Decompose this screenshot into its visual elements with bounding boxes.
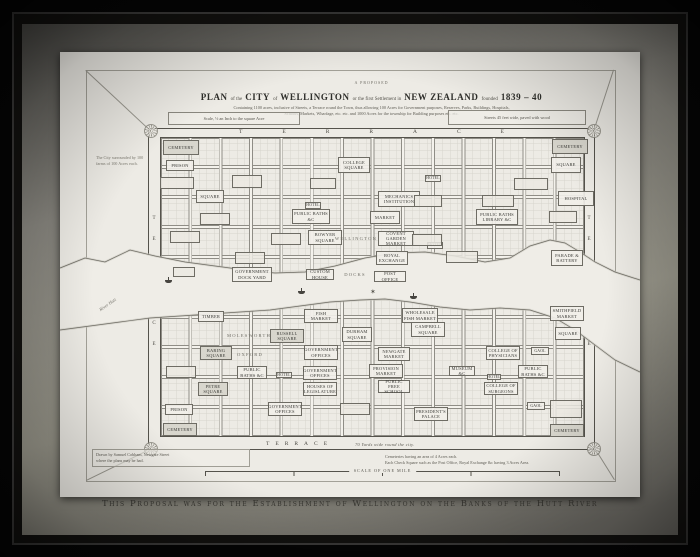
map-block: GOVERNMENT OFFICES (304, 345, 338, 360)
map-block: COLLEGE OF PHYSICIANS (486, 346, 520, 360)
photo-caption: This Proposal was for the Establishment … (0, 499, 700, 509)
plan-title: PLANof theCITYofWELLINGTONor the first S… (148, 87, 595, 105)
map-block-plain (514, 178, 548, 190)
map-block: PRISON (165, 404, 193, 415)
map-block: BARING SQUARE (200, 346, 232, 360)
map-block: HOUSES OF LEGISLATURE (303, 382, 337, 396)
map-block: MARKET (370, 211, 400, 224)
cemetery-note-line2: Each Check Square such as the Post Offic… (385, 460, 600, 466)
photograph-of-plan: A PROPOSED PLANof theCITYofWELLINGTONor … (0, 0, 700, 557)
map-block: CEMETERY (550, 424, 584, 437)
map-block: MUSEUM &c (449, 366, 475, 376)
map-block-plain (340, 403, 370, 415)
corner-fan-ornament (144, 124, 158, 138)
map-block: HOTEL (487, 374, 501, 380)
map-block: CEMETERY (163, 140, 199, 155)
map-block: NEWGATE MARKET (378, 347, 410, 361)
map-block: PUBLIC BATHS &c (237, 366, 267, 379)
map-block: HOSPITAL (558, 191, 594, 206)
map-block: HOTEL (305, 202, 321, 209)
map-block: COVENT GARDEN MARKET (378, 231, 414, 246)
map-block: OXFORD (238, 351, 262, 359)
map-block-plain (414, 195, 442, 207)
map-block: CEMETERY (163, 423, 197, 436)
drawn-by-note: Drawn by Samuel Cobham, Newgate Street w… (92, 449, 250, 467)
ship-icon (410, 296, 417, 299)
map-block-plain (550, 400, 582, 418)
map-block: GAOL (527, 402, 545, 410)
map-block-plain (310, 178, 336, 189)
compass-icon: ✶ (370, 289, 376, 296)
map-block: TIMBER (198, 311, 224, 322)
plan-title-segment: CITY (245, 92, 270, 102)
map-block: CEMETERY (552, 139, 588, 154)
map-block: CAMPBELL SQUARE (411, 322, 445, 337)
map-block: RUSSELL SQUARE (270, 329, 304, 343)
map-block-plain (446, 251, 478, 263)
map-block: GOVERNMENT OFFICES (303, 366, 337, 380)
plan-title-segment: founded (481, 97, 497, 102)
map-block-plain (173, 267, 195, 277)
map-block: GOVERNMENT DOCK YARD (232, 267, 272, 282)
map-block: COLLEGE SQUARE (338, 157, 370, 173)
map-block: FISH MARKET (304, 309, 338, 323)
plan-title-segment: of the (231, 97, 243, 102)
plan-title-segment: 1839 – 40 (501, 92, 542, 102)
city-margin-note: The City surrounded by 100 farms of 100 … (96, 155, 158, 167)
map-block: PUBLIC BATHS LIBRARY &c (476, 209, 518, 225)
map-block: MOLESWORTH (229, 331, 269, 340)
map-block: SQUARE (551, 157, 581, 173)
drawn-by-note-line2: where the plans may be had. (96, 458, 246, 464)
corner-fan-ornament (587, 124, 601, 138)
scale-bar: SCALE OF ONE MILE (205, 471, 560, 476)
map-block-plain (482, 195, 514, 207)
map-block: SQUARE (196, 190, 224, 203)
map-block: PETRE SQUARE (198, 382, 228, 396)
plan-title-segment: WELLINGTON (280, 92, 349, 102)
map-block-plain (170, 231, 200, 243)
plan-title-segment: or the first Settlement in (353, 97, 402, 102)
map-block: PROVISION MARKET (369, 364, 403, 378)
map-block: PARADE & BATTERY (551, 250, 583, 266)
plan-title-segment: NEW ZEALAND (404, 92, 478, 102)
scale-note-box: Scale, ½ an Inch to the square Acre (168, 112, 300, 125)
map-block: GOVERNMENT OFFICES (268, 402, 302, 416)
map-block: COLLEGE OF SURGEONS (484, 382, 518, 395)
map-block: PRESIDENT'S PALACE (414, 407, 448, 421)
plan-title-segment: of (273, 97, 277, 102)
map-block: WELLINGTON (338, 234, 374, 243)
map-block: ROYAL EXCHANGE (376, 251, 408, 265)
map-block: PUBLIC FREE SCHOOL (378, 380, 410, 393)
map-block: GAOL (531, 347, 549, 355)
map-block: SMITHFIELD MARKET (550, 306, 584, 321)
map-block-plain (160, 177, 194, 189)
map-block: CUSTOM HOUSE (306, 269, 334, 280)
map-block: DURHAM SQUARE (342, 327, 372, 342)
plan-pretitle: A PROPOSED (148, 80, 595, 85)
map-block-plain (232, 175, 262, 188)
map-block-plain (166, 366, 196, 378)
ship-icon (298, 291, 305, 294)
map-block: PRISON (166, 160, 194, 171)
map-block: PUBLIC BATHS &c (518, 365, 548, 378)
map-block: PUBLIC BATHS &c (292, 209, 330, 224)
ship-icon (165, 280, 172, 283)
map-block-plain (271, 233, 301, 245)
map-block: SQUARE (555, 327, 581, 340)
map-block-plain (235, 252, 265, 264)
map-block: DOCKS (345, 271, 365, 279)
map-block-plain (412, 234, 442, 246)
scale-bar-label: SCALE OF ONE MILE (349, 468, 417, 473)
map-block-plain (549, 211, 577, 223)
map-block: WHOLESALE FISH MARKET (402, 308, 438, 323)
map-block: HOTEL (425, 175, 441, 182)
map-block: POST OFFICE (374, 271, 406, 282)
plan-title-segment: PLAN (201, 92, 228, 102)
streets-note-box: Streets 45 feet wide, paved with wood (448, 110, 586, 125)
plan-sheet: A PROPOSED PLANof theCITYofWELLINGTONor … (60, 52, 640, 497)
cemetery-note: Cemeteries having an area of 4 Acres eac… (385, 454, 600, 466)
map-block-plain (200, 213, 230, 225)
map-block: HOTEL (276, 372, 292, 378)
city-margin-note-line2: farms of 100 Acres each. (96, 161, 158, 167)
